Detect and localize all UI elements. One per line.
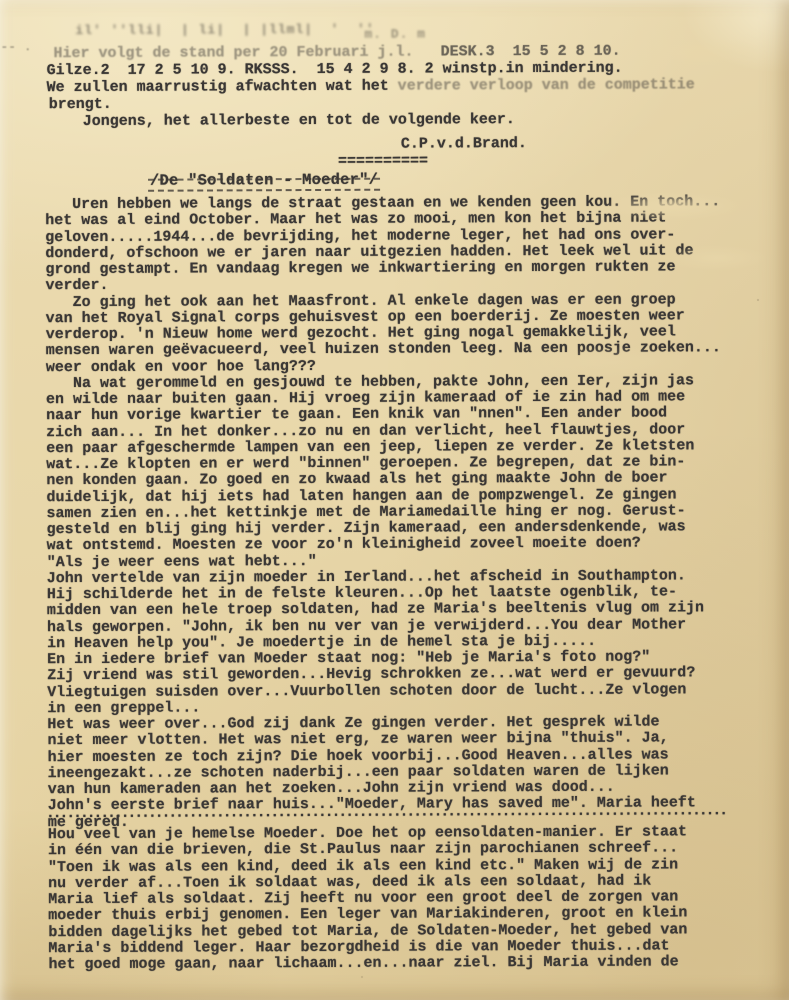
article-body: Uren hebben we langs de straat gestaan e… <box>45 194 723 831</box>
standings-line-1-faded-part: Hier volgt de stand per 20 Februari j.l. <box>53 43 440 62</box>
standings-line-3: We zullen maarrustig afwachten wat het v… <box>47 77 695 96</box>
signature: C.P.v.d.Brand. <box>401 136 527 153</box>
type-smudge-center-icon: m. D. m <box>364 27 426 42</box>
standings-line-1-score-part: DESK.3 15 5 2 8 10. <box>441 43 621 61</box>
type-smudge-left-icon: il' ''lli| | li| | |llml| ' '' <box>75 22 374 38</box>
double-dash-separator: ========== <box>338 154 428 171</box>
pencil-dash-mark: -- . <box>0 39 31 54</box>
typed-content: -- . il' ''lli| | li| | |llml| ' '' m. D… <box>0 0 789 1000</box>
standings-line-4: brengt. <box>49 97 112 114</box>
standings-line-3-clear-part: We zullen maarrustig afwachten wat het <box>47 78 398 97</box>
paper-page: -- . il' ''lli| | li| | |llml| ' '' m. D… <box>0 0 789 1000</box>
article-title: /De "Soldaten - Moeder"/ <box>147 171 381 193</box>
article-title-wrap: /De "Soldaten - Moeder"/ <box>147 171 381 193</box>
standings-line-3-faded-part: verdere verloop van de competitie <box>398 76 695 94</box>
farewell-line: Jongens, het allerbeste en tot de volgen… <box>83 112 515 130</box>
article-final-paragraph: Hou veel van je hemelse Moeder. Doe het … <box>48 824 688 973</box>
dotted-separator: ........................................… <box>46 803 726 822</box>
